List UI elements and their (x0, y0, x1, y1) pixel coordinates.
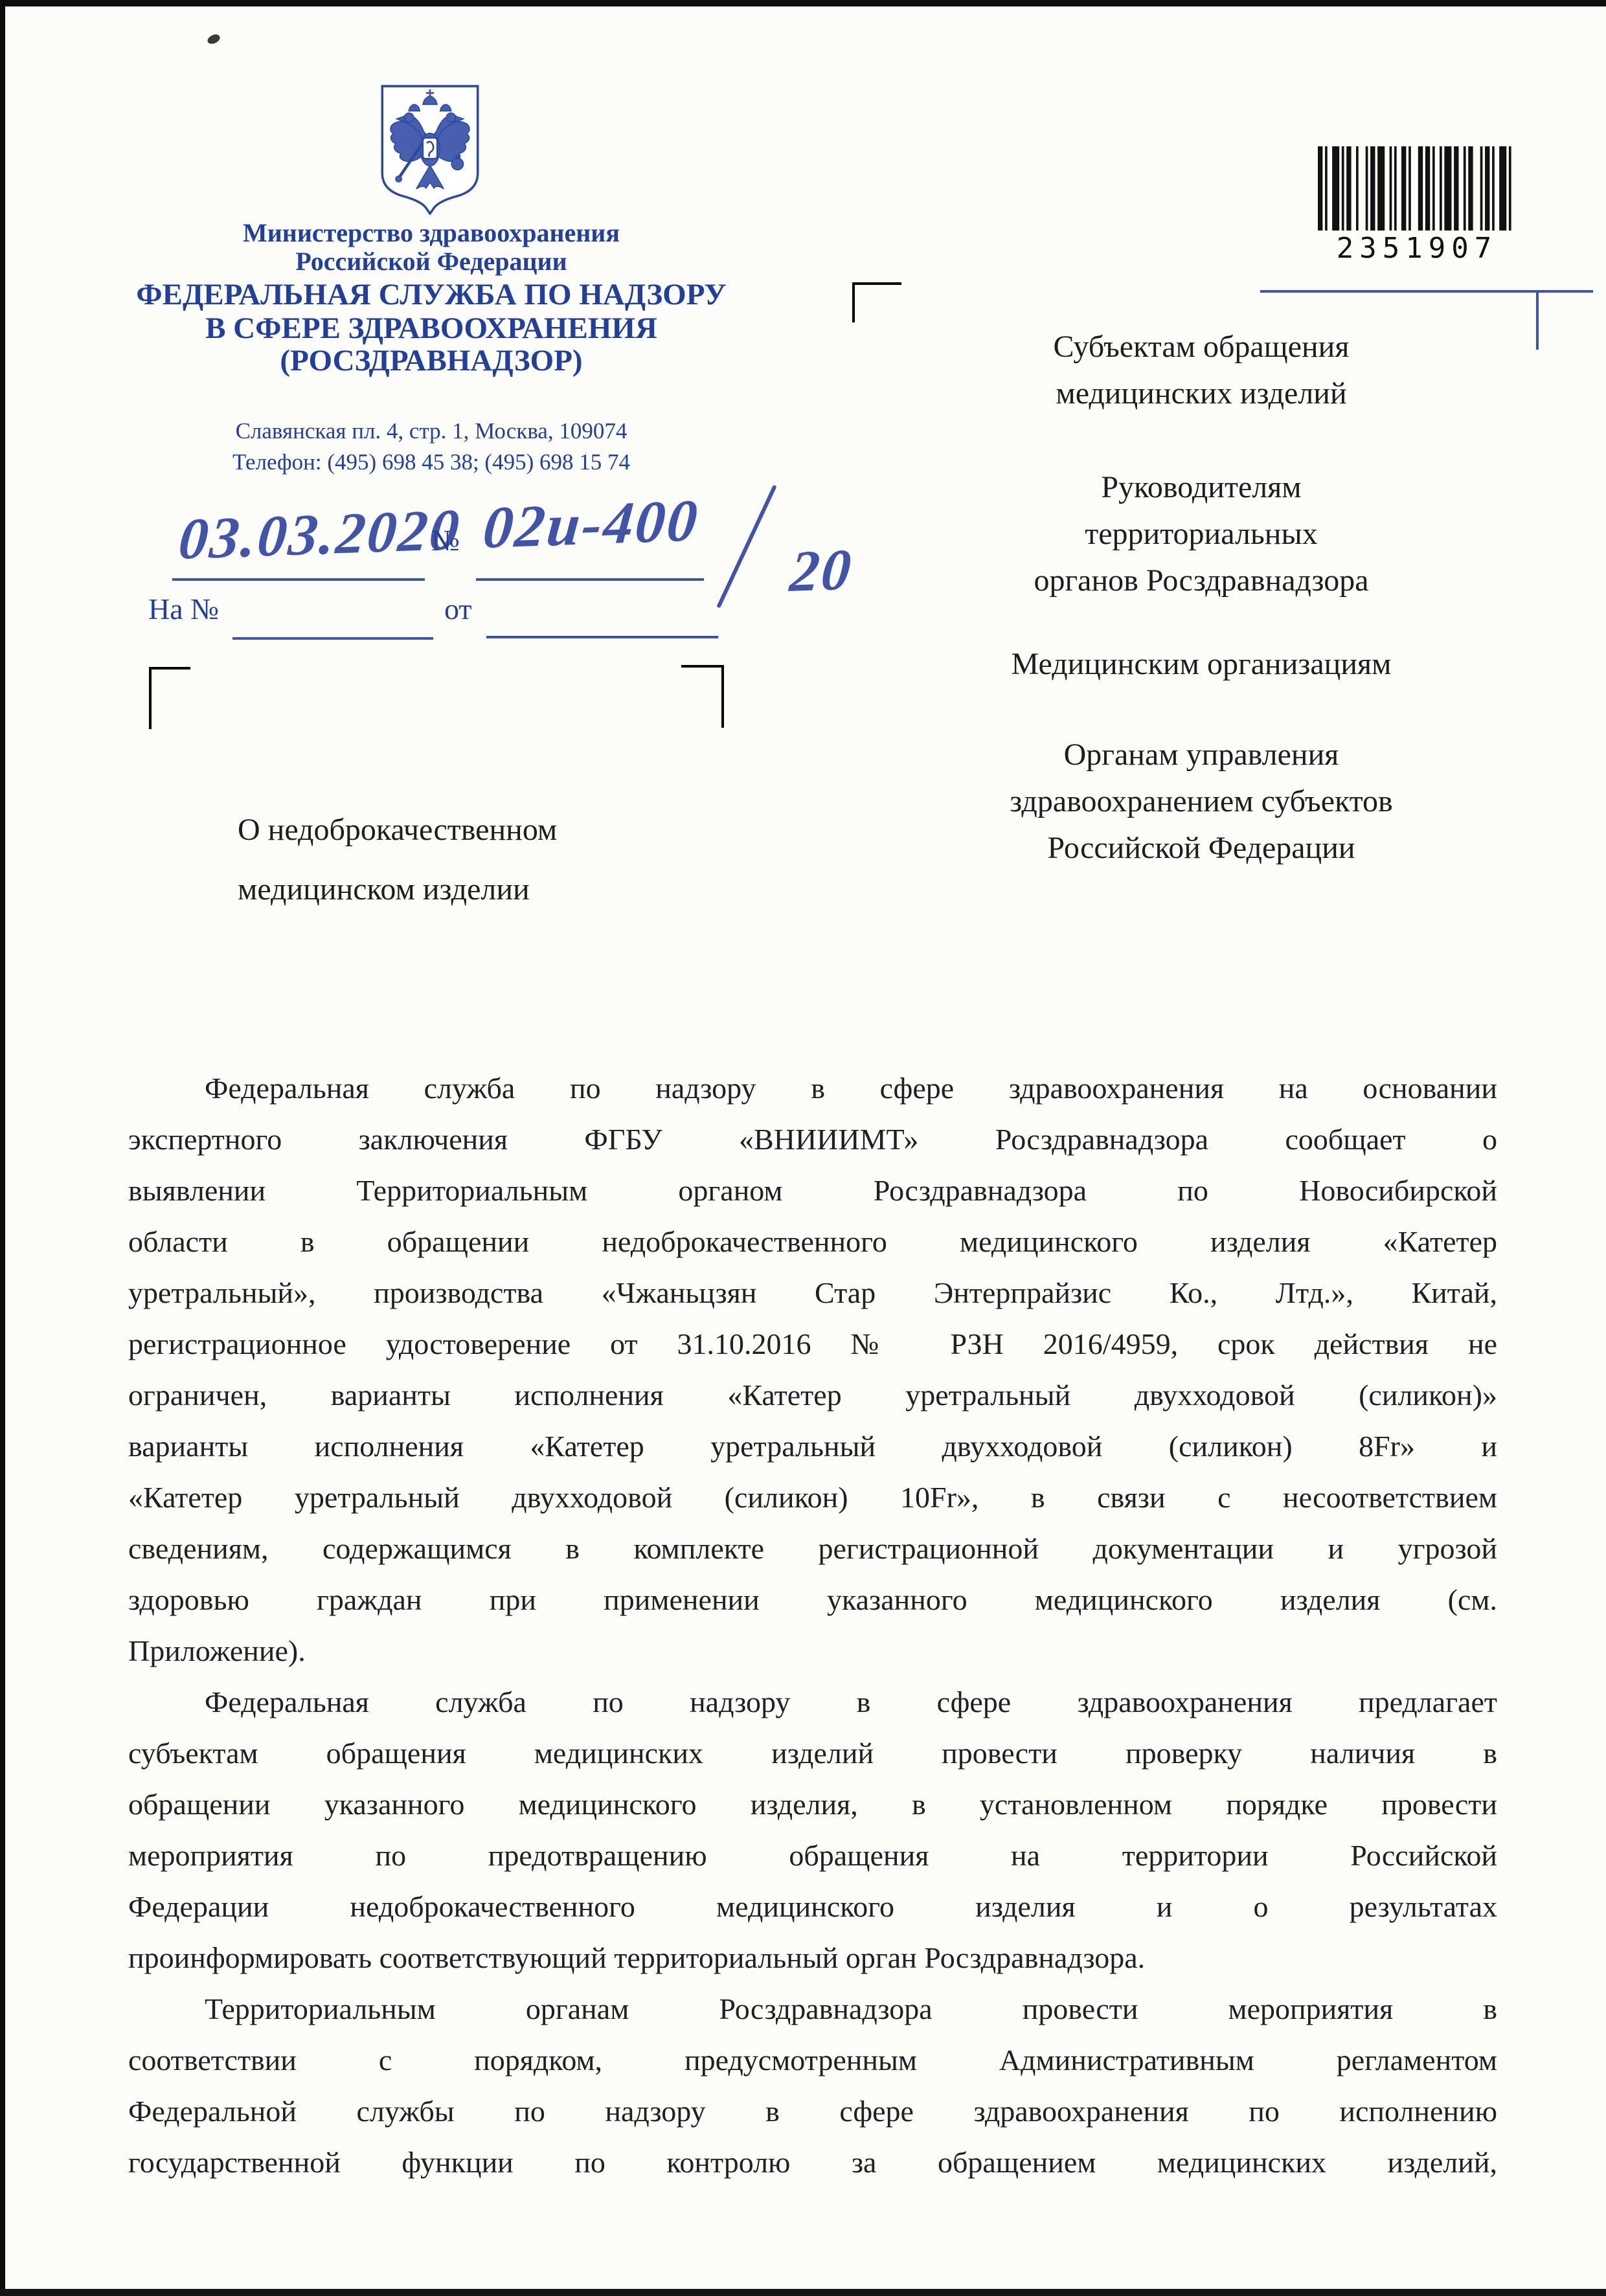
scan-edge-bottom (0, 2289, 1606, 2296)
handwritten-slash (716, 484, 776, 608)
body-line: Территориальным органам Росздравнадзора … (128, 1983, 1497, 2034)
body-text: Федеральная служба по надзору в сфере зд… (128, 1063, 1497, 2188)
handwritten-number-suffix: 20 (787, 536, 855, 605)
text-line: Органам управления (907, 732, 1496, 778)
text-line: Российской Федерации (907, 825, 1496, 872)
ministry-name-line1: Министерство здравоохранения (107, 218, 755, 248)
reply-date-underline (486, 636, 718, 638)
reply-number-label: На № (148, 592, 219, 626)
text-line: медицинском изделии (238, 860, 730, 919)
corner-mark-top-right-horizontal (1260, 290, 1593, 293)
recipients-group-3: Медицинским организациям (907, 641, 1496, 688)
reply-number-underline (232, 637, 433, 640)
number-underline (476, 578, 704, 581)
letterhead-phone: Телефон: (495) 698 45 38; (495) 698 15 7… (107, 449, 755, 475)
reply-date-label: от (444, 592, 472, 626)
body-line: субъектам обращения медицинских изделий … (128, 1728, 1497, 1779)
body-line: Приложение). (128, 1625, 1497, 1676)
body-line: ограничен, варианты исполнения «Катетер … (128, 1369, 1497, 1421)
service-name-line1: ФЕДЕРАЛЬНАЯ СЛУЖБА ПО НАДЗОРУ (107, 277, 755, 312)
subject-line: О недоброкачественноммедицинском изделии (238, 800, 730, 919)
body-line: уретральный», производства «Чжаньцзян Ст… (128, 1267, 1497, 1318)
date-underline (172, 578, 425, 581)
corner-mark-recipients (852, 282, 901, 322)
body-line: «Катетер уретральный двухходовой (силико… (128, 1472, 1497, 1523)
scan-edge-left (0, 0, 5, 2296)
handwritten-number: 02и-400 (481, 486, 702, 562)
body-line: области в обращении недоброкачественного… (128, 1216, 1497, 1267)
number-sign-label: № (431, 523, 460, 557)
body-line: сведениям, содержащимся в комплекте реги… (128, 1523, 1497, 1574)
body-line: варианты исполнения «Катетер уретральный… (128, 1421, 1497, 1472)
body-line: соответствии с порядком, предусмотренным… (128, 2034, 1497, 2086)
body-line: мероприятия по предотвращению обращения … (128, 1830, 1497, 1881)
body-line: здоровью граждан при применении указанно… (128, 1574, 1497, 1625)
document-barcode: 2351907 (1318, 146, 1516, 266)
body-line: проинформировать соответствующий террито… (128, 1932, 1497, 1983)
letterhead-address: Славянская пл. 4, стр. 1, Москва, 109074 (107, 418, 755, 444)
service-name-line2: В СФЕРЕ ЗДРАВООХРАНЕНИЯ (107, 311, 755, 346)
body-line: регистрационное удостоверение от 31.10.2… (128, 1318, 1497, 1369)
scanned-letter-page: Министерство здравоохранения Российской … (0, 0, 1606, 2296)
text-line: Руководителям (907, 464, 1496, 511)
text-line: здравоохранением субъектов (907, 778, 1496, 825)
corner-mark-lower-left (149, 667, 190, 729)
recipients-group-1: Субъектам обращениямедицинских изделий (907, 324, 1496, 417)
text-line: О недоброкачественном (238, 800, 730, 860)
scan-speck (206, 33, 221, 45)
service-name-line3: (РОСЗДРАВНАДЗОР) (107, 343, 755, 378)
text-line: Медицинским организациям (907, 641, 1496, 688)
corner-mark-lower-right (681, 665, 724, 728)
text-line: территориальных (907, 511, 1496, 557)
body-line: экспертного заключения ФГБУ «ВНИИИМТ» Ро… (128, 1114, 1497, 1165)
ministry-name-line2: Российской Федерации (107, 246, 755, 276)
text-line: органов Росздравнадзора (907, 557, 1496, 604)
body-line: Федеральная служба по надзору в сфере зд… (128, 1676, 1497, 1728)
body-line: Федеральная служба по надзору в сфере зд… (128, 1063, 1497, 1114)
barcode-number: 2351907 (1318, 232, 1516, 265)
recipients-group-2: Руководителямтерриториальныхорганов Росз… (907, 464, 1496, 604)
recipients-group-4: Органам управленияздравоохранением субъе… (907, 732, 1496, 872)
russia-coat-of-arms-icon (377, 83, 483, 215)
body-line: государственной функции по контролю за о… (128, 2137, 1497, 2188)
body-line: Федеральной службы по надзору в сфере зд… (128, 2086, 1497, 2137)
handwritten-date: 03.03.2020 (176, 496, 464, 573)
scan-edge-top (0, 0, 1606, 6)
body-line: обращении указанного медицинского издели… (128, 1779, 1497, 1830)
body-line: выявлении Территориальным органом Росздр… (128, 1165, 1497, 1216)
text-line: Субъектам обращения (907, 324, 1496, 370)
text-line: медицинских изделий (907, 370, 1496, 417)
body-line: Федерации недоброкачественного медицинск… (128, 1881, 1497, 1932)
corner-mark-top-right-vertical (1536, 290, 1539, 350)
